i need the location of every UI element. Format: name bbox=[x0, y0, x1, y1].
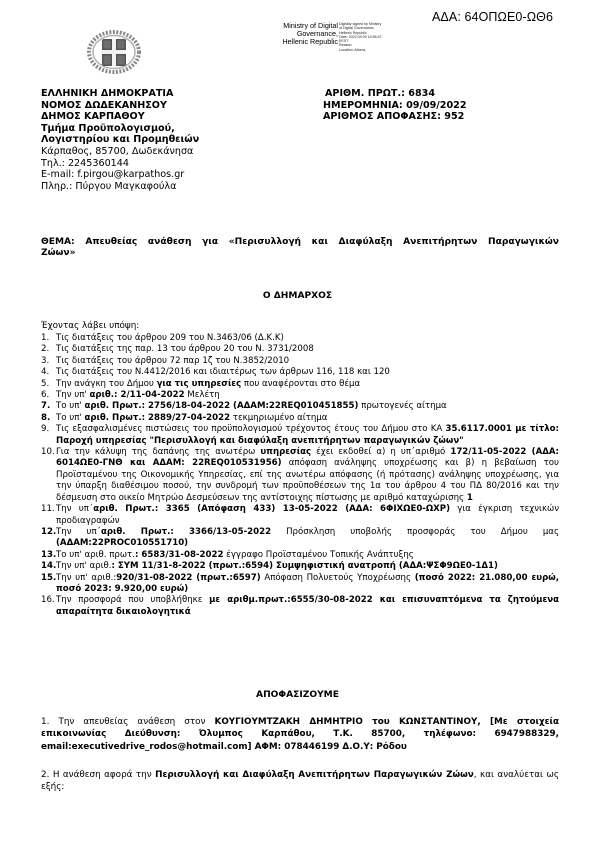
consideration-item: 3.Τις διατάξεις του άρθρου 72 παρ 1ζ του… bbox=[41, 356, 559, 367]
bold-text: Περισυλλογή και Διαφύλαξη Ανεπιτήρητων Π… bbox=[155, 770, 474, 780]
item-number: 13. bbox=[41, 550, 56, 561]
subject-line: ΘΕΜΑ: Απευθείας ανάθεση για «Περισυλλογή… bbox=[41, 237, 559, 249]
consideration-item: 12.Την υπ΄αριθ. Πρωτ.: 3366/13-05-2022 Π… bbox=[41, 527, 559, 550]
text: Απόφαση Πολυετούς Υποχρέωσης bbox=[261, 573, 415, 583]
consideration-item: 16.Την προσφορά που υποβλήθηκε με αριθμ.… bbox=[41, 595, 559, 618]
bold-text: αριθ. Πρωτ.: 3366/13-05-2022 bbox=[101, 527, 271, 537]
consideration-item: 15.Την υπ' αριθ.:920/31-08-2022 (πρωτ.:6… bbox=[41, 573, 559, 596]
considerations-list: 1.Τις διατάξεις του άρθρου 209 του Ν.346… bbox=[41, 333, 559, 618]
issuer-block: ΕΛΛΗΝΙΚΗ ΔΗΜΟΚΡΑΤΙΑ ΝΟΜΟΣ ΔΩΔΕΚΑΝΗΣΟΥ ΔΗ… bbox=[41, 88, 199, 192]
signature-details: Digitally signed by Ministry of Digital … bbox=[339, 22, 399, 52]
consideration-item: 1.Τις διατάξεις του άρθρου 209 του Ν.346… bbox=[41, 333, 559, 344]
org-line: Τμήμα Προϋπολογισμού, bbox=[41, 123, 199, 135]
bold-text: αριθ. Πρωτ.: 3365 (Απόφαση 433) 13-05-20… bbox=[93, 504, 450, 514]
intro-text: Έχοντας λάβει υπόψη: bbox=[41, 321, 139, 333]
text: Την ανάγκη του Δήμου bbox=[56, 379, 157, 389]
text: έγγραφο Προϊσταμένου Τοπικής Ανάπτυξης bbox=[223, 550, 413, 560]
bold-text: 920/31-08-2022 (πρωτ.:6597) bbox=[116, 573, 260, 583]
bold-text: αριθ. Πρωτ.: 2889/27-04-2022 bbox=[84, 413, 230, 423]
consideration-item: 9.Τις εξασφαλισμένες πιστώσεις του προϋπ… bbox=[41, 424, 559, 447]
item-number: 10. bbox=[41, 447, 55, 458]
item-number: 12. bbox=[41, 527, 56, 538]
item-number: 8. bbox=[41, 413, 50, 424]
signer-name: Ministry of Digital Governance, Hellenic… bbox=[282, 22, 338, 46]
contact-line: E-mail: f.pirgou@karpathos.gr bbox=[41, 169, 199, 181]
bold-text: αριθ. Πρωτ.: 2756/18-04-2022 (ΑΔΑΜ:22REQ… bbox=[84, 401, 358, 411]
bold-text: για τις υπηρεσίες bbox=[157, 379, 242, 389]
org-line: ΔΗΜΟΣ ΚΑΡΠΑΘΟΥ bbox=[41, 111, 199, 123]
bold-text: (ΑΔΑΜ:22PROC010551710) bbox=[56, 538, 188, 548]
text: Την υπ΄ bbox=[56, 527, 101, 537]
text: Το υπ' bbox=[56, 401, 84, 411]
consideration-item: 2.Τις διατάξεις της παρ. 13 του άρθρου 2… bbox=[41, 344, 559, 355]
text: πρωτογενές αίτημα bbox=[358, 401, 446, 411]
consideration-item: 14.Την υπ' αριθ.: ΣΥΜ 11/31-8-2022 (πρωτ… bbox=[41, 561, 559, 572]
text: Το υπ' αριθ. πρωτ. bbox=[56, 550, 135, 560]
bold-text: : ΣΥΜ 11/31-8-2022 (πρωτ.:6594) Συμψηφισ… bbox=[112, 561, 498, 571]
item-number: 5. bbox=[41, 379, 49, 390]
mayor-heading: Ο ΔΗΜΑΡΧΟΣ bbox=[0, 291, 595, 301]
bold-text: 1 bbox=[467, 493, 473, 503]
text: Τις διατάξεις του άρθρου 72 παρ 1ζ του Ν… bbox=[56, 356, 289, 366]
text: Τις διατάξεις της παρ. 13 του άρθρου 20 … bbox=[56, 344, 314, 354]
subject-line-continued: Ζώων» bbox=[41, 248, 75, 260]
protocol-number: ΑΡΙΘΜ. ΠΡΩΤ.: 6834 bbox=[323, 88, 467, 100]
item-number: 6. bbox=[41, 390, 49, 401]
contact-line: Πληρ.: Πύργου Μαγκαφούλα bbox=[41, 181, 199, 193]
text: έχει εκδοθεί α) η υπ΄αριθμό bbox=[311, 447, 450, 457]
item-number: 15. bbox=[41, 573, 56, 584]
ada-code: ΑΔΑ: 64ΟΠΩΕ0-ΩΘ6 bbox=[432, 10, 553, 24]
item-number: 11. bbox=[41, 504, 55, 515]
contact-line: Τηλ.: 2245360144 bbox=[41, 158, 199, 170]
org-line: ΕΛΛΗΝΙΚΗ ΔΗΜΟΚΡΑΤΙΑ bbox=[41, 88, 199, 100]
decide-heading: ΑΠΟΦΑΣΙΖΟΥΜΕ bbox=[0, 690, 595, 700]
item-number: 3. bbox=[41, 356, 49, 367]
text: Τις διατάξεις του Ν.4412/2016 και ιδιαιτ… bbox=[56, 367, 390, 377]
item-number: 14. bbox=[41, 561, 56, 572]
text: 2. Η ανάθεση αφορά την bbox=[41, 770, 155, 780]
text: που αναφέρονται στο θέμα bbox=[241, 379, 360, 389]
consideration-item: 7.Το υπ' αριθ. Πρωτ.: 2756/18-04-2022 (Α… bbox=[41, 401, 559, 412]
text: Για την κάλυψη της δαπάνης της ανωτέρω bbox=[56, 447, 260, 457]
contact-line: Κάρπαθος, 85700, Δωδεκάνησα bbox=[41, 146, 199, 158]
decision-item-1: 1. Την απευθείας ανάθεση στον ΚΟΥΓΙΟΥΜΤΖ… bbox=[41, 716, 559, 753]
text: Το υπ' bbox=[56, 413, 84, 423]
text: Τις εξασφαλισμένες πιστώσεις του προϋπολ… bbox=[56, 424, 445, 434]
item-number: 1. bbox=[41, 333, 49, 344]
text: τεκμηριωμένο αίτημα bbox=[230, 413, 327, 423]
text: Την υπ' bbox=[56, 390, 89, 400]
text: Την υπ' αριθ.: bbox=[56, 573, 116, 583]
text: 1. Την απευθείας ανάθεση στον bbox=[41, 717, 215, 727]
item-number: 7. bbox=[41, 401, 50, 412]
consideration-item: 8.Το υπ' αριθ. Πρωτ.: 2889/27-04-2022 τε… bbox=[41, 413, 559, 424]
consideration-item: 4.Τις διατάξεις του Ν.4412/2016 και ιδια… bbox=[41, 367, 559, 378]
consideration-item: 6.Την υπ' αριθ.: 2/11-04-2022 Μελέτη bbox=[41, 390, 559, 401]
text: Μελέτη bbox=[185, 390, 220, 400]
greek-coat-of-arms-icon bbox=[86, 28, 142, 76]
consideration-item: 13.Το υπ' αριθ. πρωτ.: 6583/31-08-2022 έ… bbox=[41, 550, 559, 561]
text: Πρόσκληση υποβολής προσφοράς του Δήμου μ… bbox=[271, 527, 559, 537]
item-number: 16. bbox=[41, 595, 55, 606]
consideration-item: 11.Την υπ΄αριθ. Πρωτ.: 3365 (Απόφαση 433… bbox=[41, 504, 559, 527]
org-line: ΝΟΜΟΣ ΔΩΔΕΚΑΝΗΣΟΥ bbox=[41, 100, 199, 112]
bold-text: : 6583/31-08-2022 bbox=[135, 550, 223, 560]
decision-item-2: 2. Η ανάθεση αφορά την Περισυλλογή και Δ… bbox=[41, 769, 559, 794]
item-number: 9. bbox=[41, 424, 49, 435]
text: Την υπ΄ bbox=[56, 504, 93, 514]
decision-number: ΑΡΙΘΜΟΣ ΑΠΟΦΑΣΗΣ: 952 bbox=[323, 111, 467, 123]
text: Την προσφορά που υποβλήθηκε bbox=[56, 595, 209, 605]
signer-line: Hellenic Republic bbox=[282, 38, 338, 46]
document-date: ΗΜΕΡΟΜΗΝΙΑ: 09/09/2022 bbox=[323, 100, 467, 112]
bold-text: υπηρεσίας bbox=[260, 447, 311, 457]
consideration-item: 10.Για την κάλυψη της δαπάνης της ανωτέρ… bbox=[41, 447, 559, 504]
text: Την υπ' αριθ. bbox=[56, 561, 112, 571]
item-number: 4. bbox=[41, 367, 49, 378]
text: Τις διατάξεις του άρθρου 209 του Ν.3463/… bbox=[56, 333, 284, 343]
signature-line: Location: Athens bbox=[339, 48, 399, 52]
org-line: Λογιστηρίου και Προμηθειών bbox=[41, 134, 199, 146]
reference-block: ΑΡΙΘΜ. ΠΡΩΤ.: 6834 ΗΜΕΡΟΜΗΝΙΑ: 09/09/202… bbox=[323, 88, 467, 123]
consideration-item: 5.Την ανάγκη του Δήμου για τις υπηρεσίες… bbox=[41, 379, 559, 390]
bold-text: αριθ.: 2/11-04-2022 bbox=[89, 390, 184, 400]
item-number: 2. bbox=[41, 344, 49, 355]
